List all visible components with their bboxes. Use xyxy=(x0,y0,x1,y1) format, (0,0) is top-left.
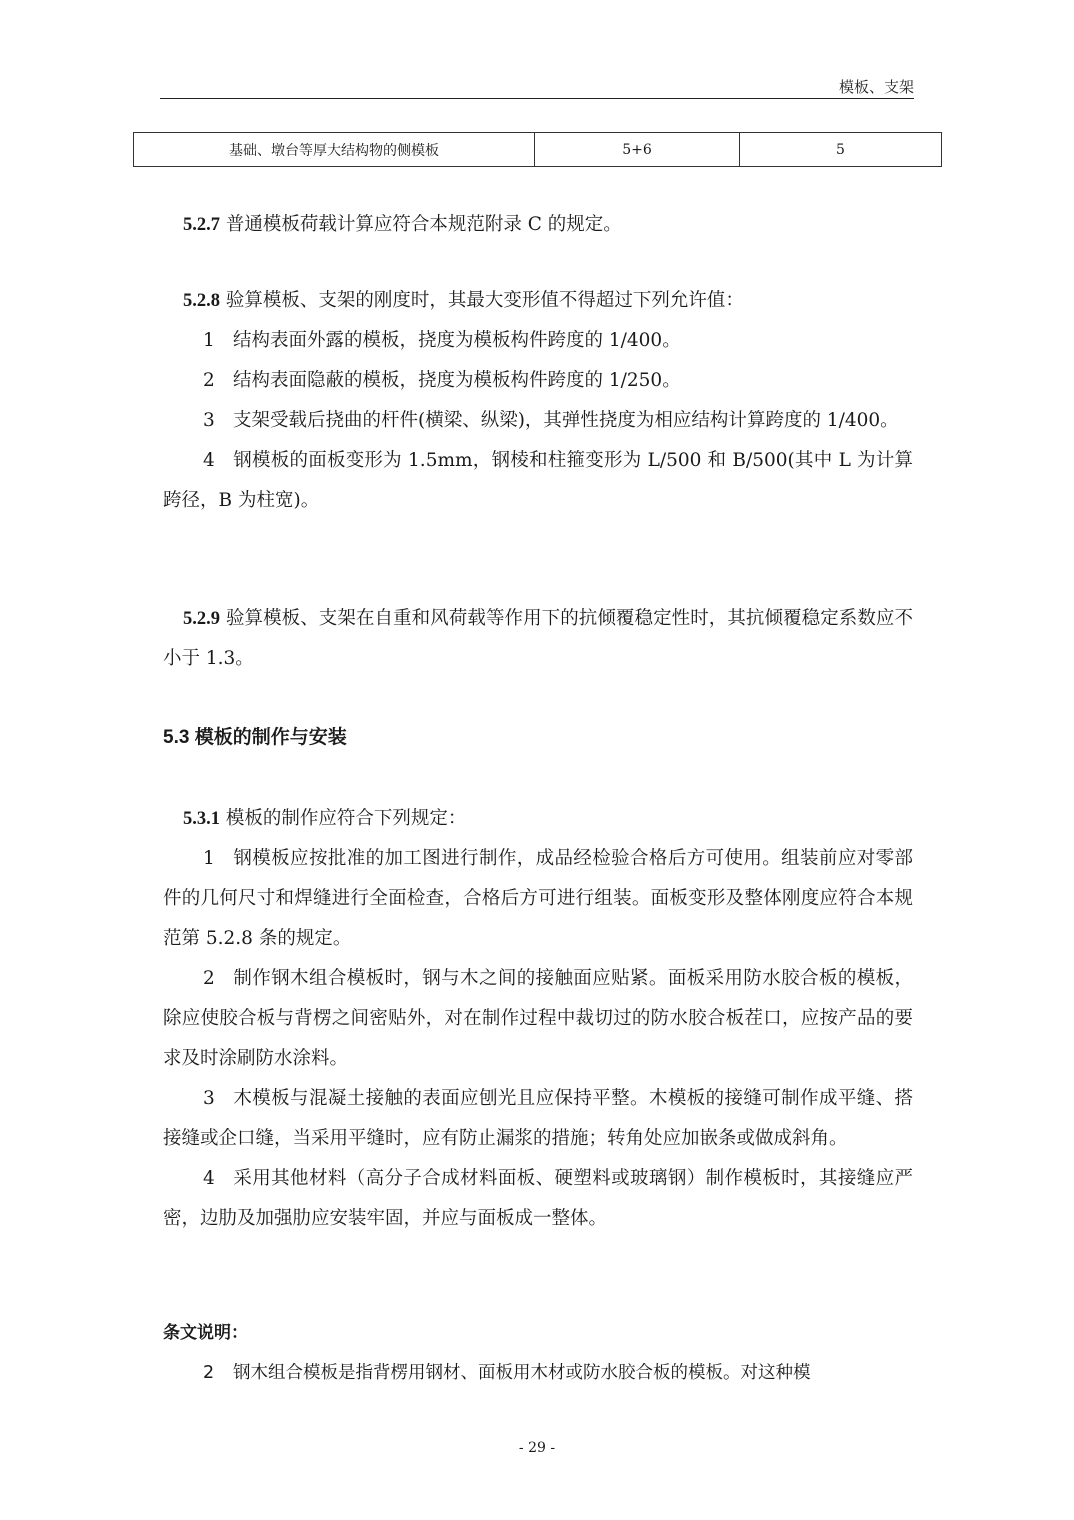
table-row: 基础、墩台等厚大结构物的侧模板 5+6 5 xyxy=(134,133,942,167)
clause-number: 5.2.8 xyxy=(183,291,220,311)
clause-5-2-9: 5.2.9 验算模板、支架在自重和风荷载等作用下的抗倾覆稳定性时，其抗倾覆稳定系… xyxy=(163,599,913,679)
commentary-title: 条文说明： xyxy=(163,1313,913,1353)
header-rule xyxy=(160,98,914,99)
page-header-title: 模板、支架 xyxy=(839,76,914,97)
table-cell-combo: 5+6 xyxy=(535,133,740,167)
clause-text: 验算模板、支架在自重和风荷载等作用下的抗倾覆稳定性时，其抗倾覆稳定系数应不小于 … xyxy=(163,608,913,669)
clause-5-2-7: 5.2.7 普通模板荷载计算应符合本规范附录 C 的规定。 xyxy=(163,205,913,245)
section-5-3: 5.3 模板的制作与安装 xyxy=(163,718,913,758)
section-title: 5.3 模板的制作与安装 xyxy=(163,718,913,758)
clause-5-3-1: 5.3.1 模板的制作应符合下列规定： 1钢模板应按批准的加工图进行制作，成品经… xyxy=(163,799,913,1239)
page-number: - 29 - xyxy=(0,1440,1074,1456)
clause-5-2-8: 5.2.8 验算模板、支架的刚度时，其最大变形值不得超过下列允许值： 1结构表面… xyxy=(163,281,913,521)
clause-number: 5.2.9 xyxy=(183,609,220,629)
commentary: 条文说明： 2钢木组合模板是指背楞用钢材、面板用木材或防水胶合板的模板。对这种模 xyxy=(163,1313,913,1393)
clause-number: 5.2.7 xyxy=(183,215,220,235)
list-item: 4钢模板的面板变形为 1.5mm，钢棱和柱箍变形为 L/500 和 B/500(… xyxy=(163,441,913,521)
list-item: 2结构表面隐蔽的模板，挠度为模板构件跨度的 1/250。 xyxy=(163,361,913,401)
load-combination-table: 基础、墩台等厚大结构物的侧模板 5+6 5 xyxy=(133,132,942,167)
clause-text: 普通模板荷载计算应符合本规范附录 C 的规定。 xyxy=(220,214,622,235)
table-cell-value: 5 xyxy=(740,133,942,167)
clause-text: 模板的制作应符合下列规定： xyxy=(220,808,466,829)
table-cell-item: 基础、墩台等厚大结构物的侧模板 xyxy=(134,133,535,167)
list-item: 3木模板与混凝土接触的表面应刨光且应保持平整。木模板的接缝可制作成平缝、搭接缝或… xyxy=(163,1079,913,1159)
clause-number: 5.3.1 xyxy=(183,809,220,829)
list-item: 4采用其他材料（高分子合成材料面板、硬塑料或玻璃钢）制作模板时，其接缝应严密，边… xyxy=(163,1159,913,1239)
list-item: 1钢模板应按批准的加工图进行制作，成品经检验合格后方可使用。组装前应对零部件的几… xyxy=(163,839,913,959)
clause-text: 验算模板、支架的刚度时，其最大变形值不得超过下列允许值： xyxy=(220,290,744,311)
list-item: 1结构表面外露的模板，挠度为模板构件跨度的 1/400。 xyxy=(163,321,913,361)
list-item: 2制作钢木组合模板时，钢与木之间的接触面应贴紧。面板采用防水胶合板的模板，除应使… xyxy=(163,959,913,1079)
list-item: 2钢木组合模板是指背楞用钢材、面板用木材或防水胶合板的模板。对这种模 xyxy=(163,1353,913,1393)
list-item: 3支架受载后挠曲的杆件(横梁、纵梁)，其弹性挠度为相应结构计算跨度的 1/400… xyxy=(163,401,913,441)
